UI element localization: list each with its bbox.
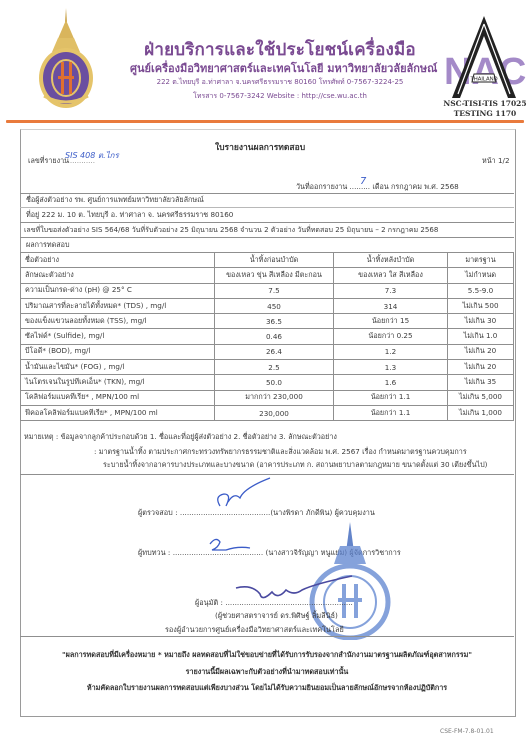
table-cell-value: ไม่เกิน 500: [448, 298, 514, 313]
table-cell-parameter: ชื่อตัวอย่าง: [21, 253, 215, 268]
svg-text:NAC: NAC: [444, 51, 526, 93]
table-cell-value: ไม่กำหนด: [448, 268, 514, 283]
table-cell-value: 7.5: [215, 283, 334, 298]
table-cell-parameter: ฟีคอลโคลิฟอร์มแบคทีเรีย* , MPN/100 ml: [21, 405, 215, 420]
divider: [20, 207, 514, 208]
divider: [20, 222, 514, 223]
fax-website-line: โทรสาร 0-7567-3242 Website : http://cse.…: [130, 91, 430, 102]
table-cell-value: ไม่เกิน 30: [448, 314, 514, 329]
table-cell-value: 26.4: [215, 344, 334, 359]
table-cell-value: 450: [215, 298, 334, 313]
notes-line-3: ระบายน้ำทิ้งจากอาคารบางประเภทและบางขนาด …: [103, 460, 488, 471]
divider: [20, 237, 514, 238]
table-cell-parameter: ของแข็งแขวนลอยทั้งหมด (TSS), mg/l: [21, 314, 215, 329]
table-header-row: ลักษณะตัวอย่างของเหลว ขุ่น สีเหลือง มีตะ…: [21, 268, 514, 283]
table-row: น้ำมันและไขมัน* (FOG) , mg/l2.51.3ไม่เกิ…: [21, 360, 514, 375]
table-cell-value: 1.3: [334, 360, 448, 375]
report-title: ใบรายงานผลการทดสอบ: [215, 140, 305, 154]
table-row: ไนโตรเจนในรูปทีเคเอ็น* (TKN), mg/l50.01.…: [21, 375, 514, 390]
table-cell-value: 50.0: [215, 375, 334, 390]
university-crest-logo: [36, 8, 96, 110]
table-cell-value: ไม่เกิน 1,000: [448, 405, 514, 420]
footer-disclaimer-2: รายงานนี้มีผลเฉพาะกับตัวอย่างที่นำมาทดสอ…: [20, 667, 514, 678]
approver-name: (ผู้ช่วยศาสตราจารย์ ดร.พิศิษฐ์ ลิ้มลีนิธ…: [215, 611, 338, 622]
table-cell-value: ไม่เกิน 1.0: [448, 329, 514, 344]
request-info: เลขที่ใบขอส่งตัวอย่าง SIS 564/68 วันที่ร…: [24, 225, 438, 236]
sender-address: ที่อยู่ 222 ม. 10 ต. ไทยบุรี อ. ท่าศาลา …: [26, 210, 233, 221]
table-cell-parameter: ซัลไฟด์* (Sulfide), mg/l: [21, 329, 215, 344]
notes-line-2: : มาตรฐานน้ำทิ้ง ตามประกาศกระทรวงทรัพยาก…: [94, 447, 467, 458]
table-cell-value: น้อยกว่า 1.1: [334, 405, 448, 420]
divider: [20, 636, 514, 637]
table-cell-parameter: ลักษณะตัวอย่าง: [21, 268, 215, 283]
page-number: หน้า 1/2: [482, 156, 510, 167]
table-cell-value: 5.5-9.0: [448, 283, 514, 298]
table-cell-value: น้ำทิ้งก่อนบำบัด: [215, 253, 334, 268]
results-title: ผลการทดสอบ: [26, 240, 70, 251]
table-cell-value: ไม่เกิน 35: [448, 375, 514, 390]
table-cell-parameter: ปริมาณสารที่ละลายได้ทั้งหมด* (TDS) , mg/…: [21, 298, 215, 313]
table-cell-value: มากกว่า 230,000: [215, 390, 334, 405]
report-no-value: SIS 408 ต.ไกร: [65, 149, 119, 162]
table-cell-value: 0.46: [215, 329, 334, 344]
footer-disclaimer-3: ห้ามคัดลอกใบรายงานผลการทดสอบแต่เพียงบางส…: [20, 683, 514, 694]
table-cell-value: ไม่เกิน 20: [448, 344, 514, 359]
approver-position: รองผู้อำนวยการศูนย์เครื่องมือวิทยาศาสตร์…: [165, 625, 344, 636]
table-cell-parameter: น้ำมันและไขมัน* (FOG) , mg/l: [21, 360, 215, 375]
table-cell-value: ไม่เกิน 5,000: [448, 390, 514, 405]
footer-disclaimer-1: "ผลการทดสอบที่มีเครื่องหมาย * หมายถึง ผล…: [20, 650, 514, 661]
divider: [20, 474, 514, 475]
table-cell-parameter: ไนโตรเจนในรูปทีเคเอ็น* (TKN), mg/l: [21, 375, 215, 390]
accreditation-text-2: TESTING 1170: [438, 109, 532, 118]
table-cell-value: 1.6: [334, 375, 448, 390]
table-row: ฟีคอลโคลิฟอร์มแบคทีเรีย* , MPN/100 ml230…: [21, 405, 514, 420]
table-cell-value: ของเหลว ใส สีเหลือง: [334, 268, 448, 283]
table-cell-value: ไม่เกิน 20: [448, 360, 514, 375]
table-cell-value: 314: [334, 298, 448, 313]
issue-day-handwritten: 7: [360, 176, 366, 187]
table-row: บีโอดี* (BOD), mg/l26.41.2ไม่เกิน 20: [21, 344, 514, 359]
table-cell-parameter: ความเป็นกรด-ด่าง (pH) @ 25° C: [21, 283, 215, 298]
table-cell-value: น้อยกว่า 0.25: [334, 329, 448, 344]
sender-info: ชื่อผู้ส่งตัวอย่าง รพ. ศูนย์การแพทย์มหาว…: [26, 195, 204, 206]
table-cell-parameter: โคลิฟอร์มแบคทีเรีย* , MPN/100 ml: [21, 390, 215, 405]
table-cell-value: ของเหลว ขุ่น สีเหลือง มีตะกอน: [215, 268, 334, 283]
svg-text:THAILAND: THAILAND: [470, 77, 497, 83]
table-row: ปริมาณสารที่ละลายได้ทั้งหมด* (TDS) , mg/…: [21, 298, 514, 313]
approver-signature-line: ผู้อนุมัติ : ...........................…: [195, 598, 353, 609]
notes-line-1: หมายเหตุ : ข้อมูลจากลูกค้าประกอบด้วย 1. …: [24, 432, 337, 443]
table-header-row: ชื่อตัวอย่างน้ำทิ้งก่อนบำบัดน้ำทิ้งหลังบ…: [21, 253, 514, 268]
table-row: ความเป็นกรด-ด่าง (pH) @ 25° C7.57.35.5-9…: [21, 283, 514, 298]
table-cell-value: 230,000: [215, 405, 334, 420]
table-cell-value: น้ำทิ้งหลังบำบัด: [334, 253, 448, 268]
table-cell-value: น้อยกว่า 15: [334, 314, 448, 329]
inspector-signature-line: ผู้ตรวจสอบ : ...........................…: [138, 508, 375, 519]
table-row: ของแข็งแขวนลอยทั้งหมด (TSS), mg/l36.5น้อ…: [21, 314, 514, 329]
table-cell-value: 2.5: [215, 360, 334, 375]
table-row: โคลิฟอร์มแบคทีเรีย* , MPN/100 mlมากกว่า …: [21, 390, 514, 405]
table-row: ซัลไฟด์* (Sulfide), mg/l0.46น้อยกว่า 0.2…: [21, 329, 514, 344]
header-divider: [6, 120, 524, 123]
accreditation-text-1: NSC-TISI-TIS 17025: [438, 99, 532, 108]
form-code: CSE-FM-7.8-01.01: [440, 728, 494, 735]
table-cell-value: 7.3: [334, 283, 448, 298]
table-cell-parameter: บีโอดี* (BOD), mg/l: [21, 344, 215, 359]
table-cell-value: น้อยกว่า 1.1: [334, 390, 448, 405]
nac-thailand-accreditation-logo: NAC THAILAND: [440, 14, 528, 104]
results-table: ชื่อตัวอย่างน้ำทิ้งก่อนบำบัดน้ำทิ้งหลังบ…: [20, 252, 514, 421]
address-line: 222 ต.ไทยบุรี อ.ท่าศาลา จ.นครศรีธรรมราช …: [130, 77, 430, 88]
table-cell-value: 36.5: [215, 314, 334, 329]
table-cell-value: มาตรฐาน: [448, 253, 514, 268]
center-name: ศูนย์เครื่องมือวิทยาศาสตร์และเทคโนโลยี ม…: [130, 59, 430, 77]
divider: [20, 193, 514, 194]
table-cell-value: 1.2: [334, 344, 448, 359]
issue-date: วันที่ออกรายงาน ......... เดือน กรกฎาคม …: [296, 182, 459, 193]
